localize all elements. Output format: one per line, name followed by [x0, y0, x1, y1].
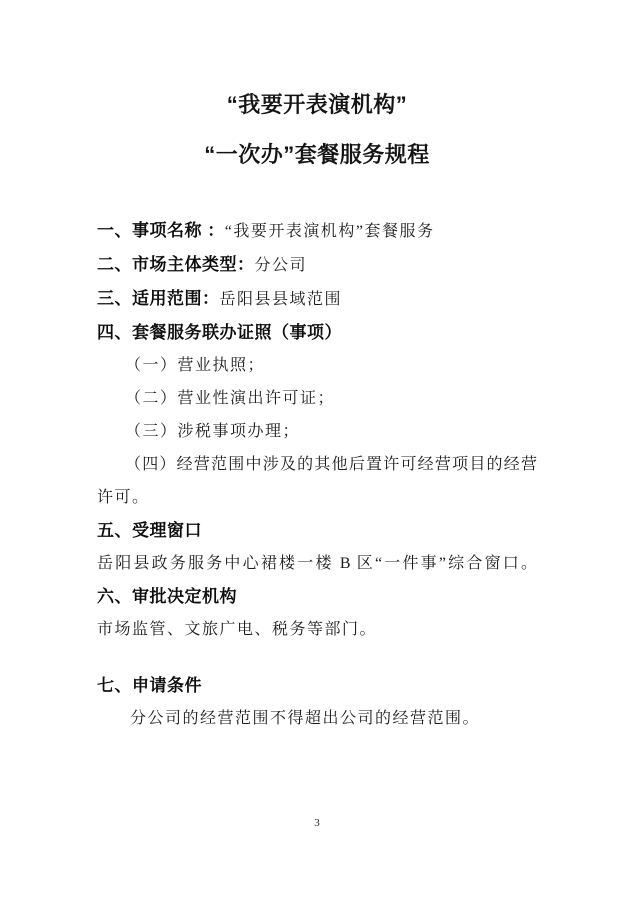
page-number: 3: [0, 816, 634, 830]
item-2-label: 二、市场主体类型：: [97, 255, 255, 274]
license-item-2: （二）营业性演出许可证；: [97, 382, 537, 415]
item-4-heading-joint-licenses: 四、套餐服务联办证照（事项）: [97, 316, 537, 349]
item-2-entity-type: 二、市场主体类型：分公司: [97, 248, 537, 282]
item-3-value: 岳阳县县域范围: [220, 291, 343, 308]
item-5-value: 岳阳县政务服务中心裙楼一楼 B 区“一件事”综合窗口。: [97, 547, 537, 580]
item-1-label: 一、事项名称 ：: [97, 221, 225, 240]
license-item-4-line-1: （四）经营范围中涉及的其他后置许可经营项目的经营: [97, 448, 537, 481]
item-2-value: 分公司: [255, 257, 308, 274]
item-7-value: 分公司的经营范围不得超出公司的经营范围。: [97, 702, 537, 735]
document-page: “我要开表演机构” “一次办”套餐服务规程 一、事项名称 ：“我要开表演机构”套…: [0, 0, 634, 898]
license-item-1: （一）营业执照；: [97, 349, 537, 382]
item-5-heading-acceptance-window: 五、受理窗口: [97, 514, 537, 547]
item-1-value: “我要开表演机构”套餐服务: [225, 223, 435, 240]
doc-title-line1: “我要开表演机构”: [97, 0, 537, 122]
item-1-service-name: 一、事项名称 ：“我要开表演机构”套餐服务: [97, 214, 537, 248]
item-3-label: 三、适用范围：: [97, 289, 220, 308]
doc-title-line2: “一次办”套餐服务规程: [97, 138, 537, 172]
license-item-4-line-2: 许可。: [97, 481, 537, 514]
item-6-heading-approval-authority: 六、审批决定机构: [97, 580, 537, 613]
item-7-heading-application-conditions: 七、申请条件: [97, 669, 537, 702]
document-body: 一、事项名称 ：“我要开表演机构”套餐服务 二、市场主体类型：分公司 三、适用范…: [97, 214, 537, 735]
document-content: “我要开表演机构” “一次办”套餐服务规程 一、事项名称 ：“我要开表演机构”套…: [97, 0, 537, 735]
item-6-value: 市场监管、文旅广电、税务等部门。: [97, 613, 537, 646]
item-3-applicable-scope: 三、适用范围：岳阳县县域范围: [97, 282, 537, 316]
license-item-3: （三）涉税事项办理；: [97, 415, 537, 448]
